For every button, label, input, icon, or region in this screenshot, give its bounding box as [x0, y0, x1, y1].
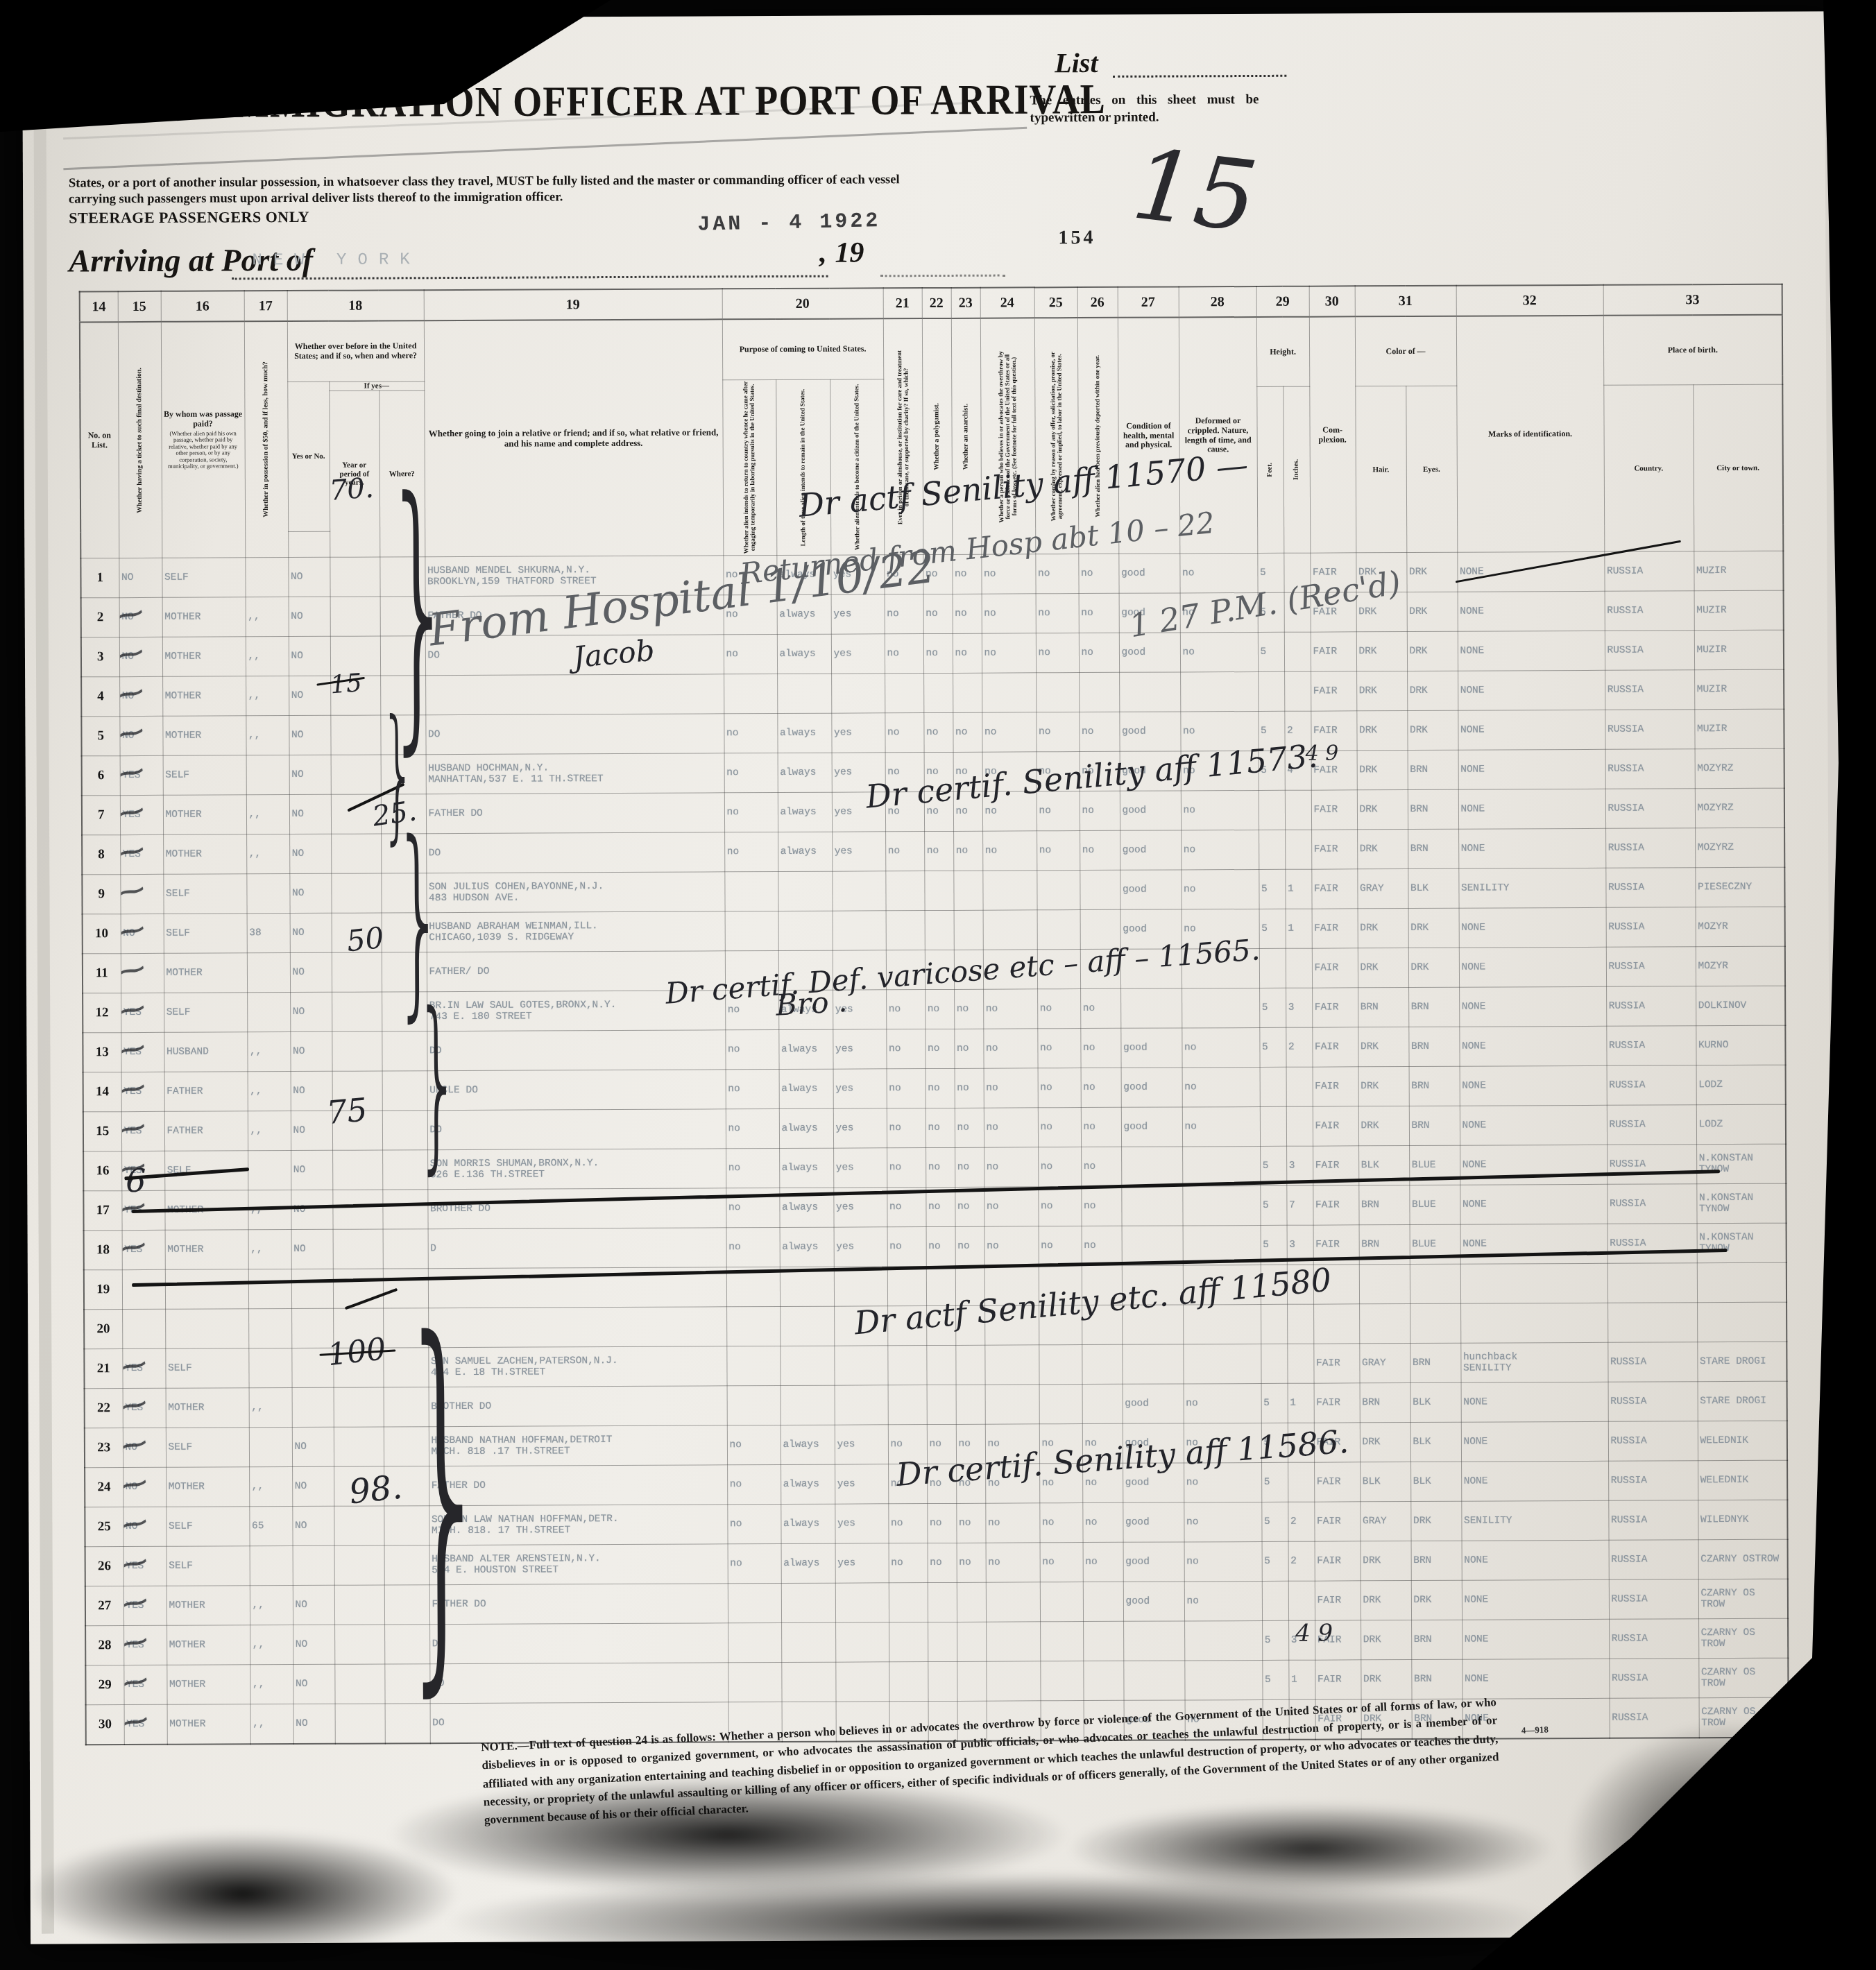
cell-my: 38 — [247, 914, 290, 953]
column-number-20: 20 — [722, 288, 883, 319]
cell-cd: good — [1120, 791, 1181, 830]
cell-mk: NONE — [1462, 1579, 1609, 1620]
cell-mk: NONE — [1460, 1105, 1607, 1145]
cell-p2 — [781, 1662, 835, 1702]
handwritten-note: 4 9 — [1306, 743, 1339, 764]
column-number-29: 29 — [1256, 286, 1309, 317]
cell-by: SELF — [163, 874, 246, 914]
cell-tk: YES~ — [120, 834, 163, 874]
cell-jn: DO — [425, 714, 724, 755]
cell-q21: no — [885, 832, 924, 871]
cell-co: RUSSIA — [1607, 1065, 1696, 1106]
pen-tick: ~ — [119, 637, 149, 671]
cell-i — [1285, 830, 1311, 869]
cell-co: RUSSIA — [1608, 1342, 1697, 1382]
cell-hr: DRK — [1361, 1660, 1411, 1699]
cell-ov: NO — [292, 1427, 334, 1466]
cell-hr: DRK — [1358, 909, 1408, 948]
cell-ov: NO — [289, 676, 330, 715]
cell-my: ,, — [250, 1586, 293, 1625]
col-header-20b: Length of time alien intends to remain i… — [776, 379, 830, 555]
col-header-17: Whether in possession of $50, and if les… — [244, 321, 288, 558]
cell-q24: no — [985, 1503, 1039, 1543]
cell-mk: NONE — [1459, 947, 1606, 987]
cell-df: no — [1179, 553, 1257, 592]
cell-q26 — [1082, 1384, 1123, 1423]
cell-co: RUSSIA — [1605, 749, 1695, 789]
cell-p3 — [835, 1622, 889, 1662]
cell-wh — [382, 1190, 427, 1229]
cell-mk — [1460, 1263, 1608, 1303]
cell-q21 — [885, 871, 924, 911]
cell-ov: NO — [292, 1466, 334, 1506]
cell-df — [1180, 671, 1258, 711]
cell-ey: BLK — [1408, 868, 1458, 908]
cell-q24 — [986, 1622, 1040, 1661]
cell-p1: no — [727, 1504, 781, 1543]
cell-yr — [332, 992, 382, 1031]
cell-q24 — [982, 871, 1037, 910]
cell-my: ,, — [248, 1072, 291, 1111]
pen-tick: ~ — [120, 795, 150, 829]
cell-q21 — [888, 1385, 927, 1425]
pen-tick: ~ — [124, 1704, 154, 1738]
col-header-29-feet: Feet. — [1256, 386, 1284, 553]
cell-tk: YES~ — [123, 1388, 166, 1428]
cell-ey: BRN — [1408, 1027, 1459, 1066]
cell-cp: FAIR — [1313, 1106, 1358, 1146]
cell-cp: FAIR — [1314, 1462, 1360, 1502]
cell-cd — [1123, 1621, 1184, 1661]
cell-hr: DRK — [1357, 790, 1408, 830]
cell-ft — [1261, 1344, 1287, 1383]
cell-q25: no — [1038, 1108, 1081, 1147]
cell-q24: no — [983, 1029, 1037, 1068]
cell-q23: no — [953, 594, 982, 633]
cell-q22: no — [926, 1187, 955, 1226]
cell-my: 65 — [249, 1507, 292, 1546]
cell-q26: no — [1079, 633, 1119, 672]
cell-q24: no — [982, 633, 1036, 673]
cell-q24: no — [983, 989, 1037, 1029]
cell-q24: no — [982, 831, 1037, 871]
cell-yr — [333, 1229, 383, 1269]
cell-q22: no — [926, 1108, 955, 1147]
cell-by: MOTHER — [167, 1704, 250, 1745]
cell-mk: NONE — [1460, 1065, 1607, 1106]
cell-cp: FAIR — [1311, 790, 1357, 830]
cell-p1 — [724, 674, 777, 714]
cell-df: no — [1184, 1383, 1261, 1423]
cell-q25: no — [1037, 989, 1080, 1029]
cell-p3: yes — [835, 1425, 888, 1464]
cell-ci: N.KONSTAN TYNOW — [1696, 1144, 1786, 1184]
cell-yr — [330, 597, 380, 636]
cell-i: 1 — [1288, 1383, 1314, 1423]
cell-hr — [1359, 1304, 1410, 1344]
cell-my — [250, 1546, 293, 1586]
cell-i — [1286, 1067, 1313, 1106]
cell-q26: no — [1079, 712, 1119, 751]
cell-q25: no — [1038, 1147, 1081, 1187]
cell-p2 — [778, 871, 832, 911]
cell-cd: good — [1120, 830, 1181, 870]
cell-my: ,, — [249, 1467, 292, 1507]
column-number-22: 22 — [922, 288, 951, 318]
cell-cd: good — [1120, 870, 1181, 909]
cell-p2: always — [778, 792, 832, 832]
cell-q25 — [1037, 871, 1080, 910]
cell-p1: no — [724, 753, 778, 793]
cell-p3: yes — [833, 1148, 887, 1188]
cell-cd — [1123, 1661, 1184, 1700]
cell-yr — [334, 1625, 384, 1664]
cell-mk: NONE — [1459, 1026, 1606, 1066]
cell-n: 26 — [85, 1547, 123, 1586]
col-header-31-eyes: Eyes. — [1406, 386, 1457, 552]
cell-q22: no — [928, 1543, 957, 1582]
cell-mk: NONE — [1462, 1540, 1609, 1580]
table-row: 22YES~MOTHER,,BROTHER DOgoodno51FAIRBRNB… — [85, 1381, 1787, 1428]
cell-q22 — [926, 1345, 955, 1385]
cell-cp: FAIR — [1311, 830, 1357, 869]
cell-n: 10 — [83, 914, 121, 954]
cell-by: SELF — [162, 558, 245, 598]
cell-p1 — [728, 1583, 781, 1622]
cell-mk: NONE — [1461, 1461, 1608, 1501]
cell-jn: DO — [427, 1030, 725, 1071]
cell-hr: DRK — [1360, 1423, 1410, 1462]
cell-q21: no — [889, 1543, 928, 1583]
col-header-18-yesno: Yes or No. — [287, 382, 330, 531]
cell-yr — [332, 1031, 382, 1071]
cell-mk: NONE — [1458, 828, 1605, 868]
cell-ft — [1260, 1106, 1286, 1146]
cell-ov: NO — [293, 1625, 334, 1664]
cell-ci: CZARNY OSTROW — [1698, 1539, 1788, 1579]
cell-ov — [293, 1545, 334, 1585]
cell-mk: NONE — [1458, 789, 1605, 829]
cell-by: SELF — [166, 1428, 249, 1468]
cell-co: RUSSIA — [1604, 551, 1694, 592]
cell-q21: no — [887, 1227, 926, 1267]
cell-q24: no — [984, 1147, 1038, 1187]
cell-df: no — [1181, 830, 1259, 869]
comma: , — [818, 237, 826, 270]
cell-my: ,, — [247, 1032, 290, 1072]
cell-mk: NONE — [1458, 749, 1605, 789]
cell-ey: BRN — [1408, 829, 1458, 868]
cell-q23: no — [953, 633, 982, 673]
cell-by: MOTHER — [163, 795, 246, 835]
cell-q22: no — [925, 989, 954, 1029]
cell-p2 — [781, 1385, 835, 1425]
cell-by: FATHER — [164, 1111, 248, 1151]
cell-ey: DRK — [1407, 631, 1458, 671]
cell-n: 14 — [83, 1072, 121, 1112]
cell-ey: DRK — [1407, 592, 1458, 631]
cell-ft — [1259, 948, 1286, 988]
cell-q23: no — [955, 1147, 984, 1187]
table-row: 2NO~MOTHER,,NOFATHER DOnoalwaysyesnonono… — [81, 590, 1784, 637]
cell-ey: DRK — [1407, 671, 1458, 710]
pen-tick: ~ — [122, 1230, 152, 1264]
cell-ci: CZARNY OS TROW — [1698, 1579, 1788, 1619]
cell-ov: NO — [290, 992, 332, 1031]
brace-mark: } — [395, 1294, 495, 1697]
cell-tk: NO~ — [123, 1507, 166, 1546]
cell-p3: yes — [831, 634, 885, 674]
handwritten-note: Bro . — [775, 987, 848, 1020]
cell-q22 — [923, 673, 953, 712]
cell-jn — [425, 674, 724, 715]
cell-co: RUSSIA — [1609, 1579, 1698, 1620]
cell-yr — [334, 1387, 384, 1427]
cell-ey: BRN — [1408, 750, 1458, 789]
cell-cp: FAIR — [1313, 1067, 1358, 1106]
arrival-date-stamp: JAN - 4 1922 — [697, 209, 881, 237]
cell-tk: YES~ — [124, 1704, 167, 1745]
cell-p3: yes — [834, 1227, 887, 1267]
cell-co: RUSSIA — [1608, 1500, 1698, 1541]
cell-co: RUSSIA — [1606, 986, 1696, 1027]
brace-mark: } — [415, 988, 461, 1176]
cell-mk: NONE — [1459, 907, 1606, 948]
cell-p2: always — [781, 1464, 835, 1504]
cell-ci: LODZ — [1696, 1104, 1786, 1145]
cell-tk: ~ — [120, 874, 163, 914]
cell-df — [1184, 1660, 1262, 1699]
cell-cp: FAIR — [1314, 1383, 1360, 1423]
cell-ft: 5 — [1262, 1660, 1288, 1699]
cell-ey: DRK — [1410, 1501, 1461, 1541]
cell-q25 — [1037, 910, 1080, 950]
cell-df — [1184, 1620, 1262, 1660]
cell-co: RUSSIA — [1608, 1421, 1698, 1462]
cell-p3: yes — [833, 1108, 887, 1148]
cell-p3: yes — [833, 1069, 887, 1108]
cell-i: 1 — [1286, 909, 1312, 948]
cell-q25: no — [1035, 554, 1078, 594]
cell-q24 — [983, 910, 1037, 950]
cell-cp: FAIR — [1313, 1185, 1358, 1225]
cell-hr: DRK — [1356, 632, 1407, 671]
cell-q25: no — [1037, 1029, 1080, 1068]
cell-i: 7 — [1286, 1185, 1313, 1225]
page-subtitle: States, or a port of another insular pos… — [69, 172, 936, 208]
cell-by: SELF — [167, 1546, 250, 1586]
cell-q26 — [1083, 1582, 1123, 1621]
cell-q25 — [1040, 1661, 1083, 1701]
cell-by: SELF — [164, 914, 247, 954]
table-row: 18YES~MOTHER,,NODnoalwaysyesnononononono… — [84, 1223, 1787, 1270]
cell-my: ,, — [250, 1625, 293, 1665]
cell-q23 — [957, 1622, 986, 1661]
cell-q22: no — [926, 1147, 955, 1187]
cell-p3 — [834, 1346, 887, 1385]
cell-p1 — [725, 911, 778, 950]
pen-tick: ~ — [121, 993, 151, 1027]
cell-i: 1 — [1288, 1660, 1315, 1699]
cell-ci: KURNO — [1696, 1025, 1785, 1065]
cell-p3: yes — [832, 832, 885, 871]
page-stack-edge-left — [33, 47, 54, 1934]
cell-tk: NO~ — [119, 637, 162, 676]
column-number-32: 32 — [1456, 285, 1603, 316]
cell-n: 6 — [82, 756, 120, 796]
cell-co: RUSSIA — [1605, 868, 1695, 908]
cell-q24 — [984, 1345, 1039, 1385]
cell-p1 — [724, 871, 778, 911]
cell-p2: always — [779, 1069, 833, 1108]
cell-n: 27 — [85, 1586, 123, 1626]
column-number-24: 24 — [980, 287, 1034, 318]
cell-ci: STARE DROGI — [1697, 1342, 1787, 1382]
cell-ov: NO — [293, 1585, 334, 1625]
cell-p3 — [835, 1385, 888, 1425]
cell-hr: DRK — [1358, 1067, 1409, 1106]
cell-p2 — [781, 1622, 835, 1662]
cell-co: RUSSIA — [1606, 1026, 1696, 1066]
cell-p3 — [834, 1267, 887, 1306]
cell-p1: no — [727, 1425, 781, 1464]
cell-jn: DO — [426, 832, 724, 873]
handwritten-note: 50 — [346, 923, 386, 957]
cell-q24: no — [984, 1226, 1039, 1266]
cell-ci: WILEDNYK — [1698, 1500, 1787, 1540]
cell-ey: DRK — [1411, 1580, 1462, 1620]
cell-ci: N.KONSTAN TYNOW — [1696, 1183, 1786, 1224]
cell-i: 3 — [1286, 988, 1312, 1027]
steerage-label: STEERAGE PASSENGERS ONLY — [69, 208, 309, 228]
cell-ci: PIESECZNY — [1695, 867, 1784, 907]
cell-q21 — [886, 911, 925, 950]
cell-yr — [330, 557, 380, 597]
col-header-22: Whether a polygamist. — [922, 318, 952, 555]
cell-hr: DRK — [1356, 711, 1407, 751]
cell-my: ,, — [246, 637, 289, 676]
cell-by: MOTHER — [167, 1625, 250, 1665]
cell-q22: no — [926, 1226, 955, 1266]
cell-p1: no — [724, 832, 778, 871]
cell-q23: no — [954, 1029, 983, 1068]
cell-df: no — [1182, 1106, 1260, 1146]
cell-p3: yes — [833, 1029, 886, 1069]
cell-i: 2 — [1286, 1027, 1312, 1067]
cell-n: 7 — [82, 796, 120, 835]
cell-by: SELF — [166, 1507, 249, 1547]
cell-q26: no — [1080, 988, 1120, 1028]
cell-q26: no — [1079, 593, 1119, 633]
cell-ft: 5 — [1259, 988, 1286, 1027]
cell-mk: NONE — [1461, 1382, 1608, 1422]
cell-tk: YES~ — [121, 993, 164, 1032]
cell-yr — [331, 834, 381, 873]
cell-q26: no — [1081, 1186, 1121, 1226]
cell-ey: BLUE — [1409, 1185, 1460, 1224]
col-header-21: Ever in prison or almshouse, or institut… — [883, 318, 923, 555]
pen-tick: ~ — [121, 953, 151, 987]
cell-tk: YES~ — [123, 1546, 167, 1586]
cell-tk: NO~ — [121, 914, 164, 953]
pen-tick: ~ — [123, 1546, 153, 1580]
cell-ft: 5 — [1260, 1146, 1286, 1185]
cell-q26: no — [1082, 1226, 1122, 1265]
cell-ft: 5 — [1262, 1620, 1288, 1660]
cell-p3: yes — [835, 1543, 889, 1583]
cell-mk: NONE — [1458, 710, 1605, 750]
cell-ci: LODZ — [1696, 1065, 1786, 1105]
cell-by: MOTHER — [162, 597, 246, 637]
pen-tick: ~ — [123, 1586, 153, 1620]
cell-tk — [122, 1309, 165, 1348]
cell-by: HUSBAND — [164, 1032, 247, 1072]
cell-i: 1 — [1285, 869, 1311, 909]
cell-cp: FAIR — [1311, 671, 1356, 711]
cell-cp: FAIR — [1312, 948, 1358, 988]
pen-tick: ~ — [119, 597, 149, 631]
cell-ci: WELEDNIK — [1698, 1460, 1787, 1500]
cell-co: RUSSIA — [1608, 1224, 1697, 1264]
cell-p1: no — [727, 1464, 781, 1504]
cell-p1: no — [725, 1029, 778, 1069]
column-number-33: 33 — [1603, 284, 1782, 316]
cell-q22: no — [924, 831, 953, 871]
cell-tk: YES~ — [123, 1665, 167, 1704]
cell-ci: DOLKINOV — [1696, 986, 1785, 1026]
cell-q26: no — [1080, 1028, 1120, 1068]
cell-ci: MUZIR — [1694, 669, 1784, 710]
cell-p2: always — [777, 713, 831, 753]
cell-ov: NO — [290, 913, 332, 952]
cell-ft — [1259, 790, 1285, 830]
handwritten-note: Jacob — [572, 636, 656, 673]
cell-tk: YES~ — [121, 1072, 164, 1111]
table-row: 25NO~SELF65NOSON IN LAW NATHAN HOFFMAN,D… — [85, 1500, 1787, 1547]
cell-p3 — [831, 674, 885, 713]
cell-my: ,, — [246, 795, 289, 834]
cell-co — [1608, 1263, 1697, 1303]
cell-ey — [1410, 1264, 1460, 1303]
cell-q25 — [1036, 673, 1079, 712]
cell-hr: DRK — [1358, 1106, 1409, 1146]
cell-ov — [292, 1387, 334, 1427]
pen-tick: ~ — [120, 755, 150, 789]
cell-ci: MOZYR — [1696, 946, 1785, 986]
cell-p2: always — [781, 1504, 835, 1543]
cell-mk: NONE — [1458, 631, 1605, 671]
cell-cd — [1119, 672, 1180, 712]
cell-ov: NO — [291, 1229, 333, 1269]
cell-df: no — [1184, 1581, 1262, 1620]
cell-n: 16 — [83, 1151, 121, 1191]
column-number-31: 31 — [1355, 286, 1456, 317]
cell-df: no — [1181, 869, 1259, 909]
cell-ov: NO — [289, 834, 331, 873]
cell-n: 20 — [84, 1310, 122, 1349]
cell-p2 — [780, 1306, 834, 1346]
col-header-18-ifyes: If yes— — [329, 382, 424, 391]
table-row: 10NO~SELF38NOHUSBAND ABRAHAM WEINMAN,ILL… — [83, 907, 1785, 954]
cell-q26 — [1083, 1661, 1123, 1700]
cell-q25: no — [1038, 1068, 1081, 1108]
cell-q24: no — [984, 1068, 1038, 1108]
cell-p1 — [726, 1306, 780, 1346]
cell-i: 2 — [1288, 1502, 1314, 1541]
cell-by: SELF — [164, 993, 247, 1033]
cell-hr: GRAY — [1360, 1502, 1410, 1541]
cell-by: MOTHER — [162, 676, 246, 717]
